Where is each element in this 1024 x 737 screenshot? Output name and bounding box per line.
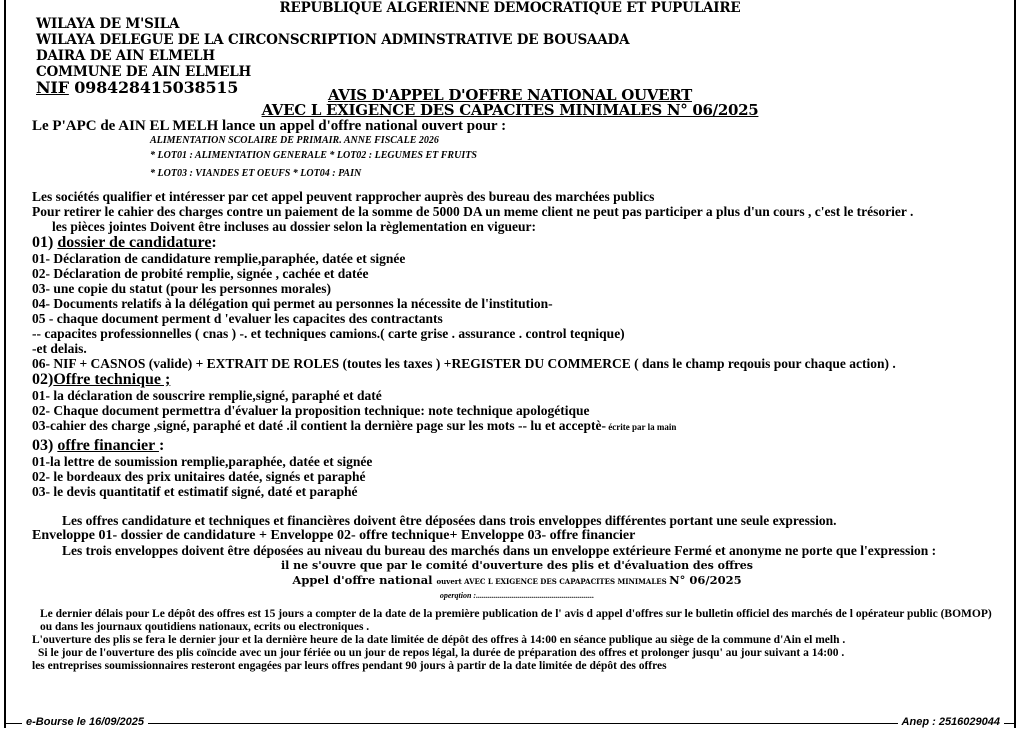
- list-item: 05 - chaque document perment d 'evaluer …: [32, 311, 1002, 326]
- list-item: 01-la lettre de soumission remplie,parap…: [32, 454, 1002, 469]
- list-item: 02- Déclaration de probité remplie, sign…: [32, 266, 1002, 281]
- section-title-financier: 03) offre financier :: [32, 437, 1002, 454]
- section-title-technique: 02)Offre technique ;: [32, 371, 1002, 388]
- paragraph-2: Pour retirer le cahier des charges contr…: [32, 204, 1002, 219]
- list-item: 01- Déclaration de candidature remplie,p…: [32, 251, 1002, 266]
- notice-title: AVIS D'APPEL D'OFFRE NATIONAL OUVERT AVE…: [6, 88, 1014, 118]
- list-item: 03-cahier des charge ,signé, paraphé et …: [32, 418, 1002, 435]
- list-item: 03- une copie du statut (pour les person…: [32, 281, 1002, 296]
- list-item: 02- le bordeaux des prix unitaires datée…: [32, 469, 1002, 484]
- wilaya-delegue-line: WILAYA DELEGUE DE LA CIRCONSCRIPTION ADM…: [36, 32, 629, 48]
- authority-header: WILAYA DE M'SILA WILAYA DELEGUE DE LA CI…: [36, 16, 629, 96]
- expression-line-1: il ne s'ouvre que par le comité d'ouvert…: [32, 558, 1002, 573]
- expression-line-2: Appel d'offre national ouvert AVEC L EXI…: [32, 573, 1002, 589]
- object-line: ALIMENTATION SCOLAIRE DE PRIMAIR. ANNE F…: [32, 135, 1002, 147]
- footer-source: e-Bourse le 16/09/2025: [22, 716, 148, 728]
- outer-envelope-paragraph: Les trois enveloppes doivent être déposé…: [32, 543, 1002, 558]
- wilaya-line: WILAYA DE M'SILA: [36, 16, 629, 32]
- notice-page: REPUBLIQUE ALGERIENNE DEMOCRATIQUE ET PU…: [4, 0, 1016, 728]
- republic-heading: REPUBLIQUE ALGERIENNE DEMOCRATIQUE ET PU…: [6, 0, 1014, 16]
- section-title-candidature: 01) dossier de candidature:: [32, 234, 1002, 251]
- envelopes-line: Enveloppe 01- dossier de candidature + E…: [32, 528, 1002, 543]
- lots-line-2: * LOT03 : VIANDES ET OEUFS * LOT04 : PAI…: [32, 165, 1002, 183]
- validity-paragraph: les entreprises soumissionnaires restero…: [32, 660, 1002, 673]
- operation-line: operqtion :.............................…: [32, 589, 1002, 602]
- paragraph-1: Les sociétés qualifier et intéresser par…: [32, 189, 1002, 204]
- list-item: 01- la déclaration de souscrire remplie,…: [32, 388, 1002, 403]
- paragraph-3: les pièces jointes Doivent être incluses…: [32, 219, 1002, 234]
- list-item: -et delais.: [32, 341, 1002, 356]
- holiday-paragraph: Si le jour de l'ouverture des plis coïnc…: [32, 647, 1002, 660]
- footer: e-Bourse le 16/09/2025 Anep : 2516029044: [4, 716, 1018, 730]
- lots-line-1: * LOT01 : ALIMENTATION GENERALE * LOT02 …: [32, 147, 1002, 165]
- deadline-paragraph: Le dernier délais pour Le dépôt des offr…: [32, 608, 1002, 634]
- list-item: 03- le devis quantitatif et estimatif si…: [32, 484, 1002, 499]
- title-line-2: AVEC L EXIGENCE DES CAPACITES MINIMALES …: [6, 103, 1014, 118]
- list-item: 06- NIF + CASNOS (valide) + EXTRAIT DE R…: [32, 356, 1002, 371]
- list-item: 04- Documents relatifs à la délégation q…: [32, 296, 1002, 311]
- opening-paragraph: L'ouverture des plis se fera le dernier …: [32, 634, 1002, 647]
- notice-body: Le P'APC de AIN EL MELH lance un appel d…: [32, 118, 1002, 673]
- list-item: -- capacites professionnelles ( cnas ) -…: [32, 326, 1002, 341]
- list-item: 02- Chaque document permettra d'évaluer …: [32, 403, 1002, 418]
- daira-line: DAIRA DE AIN ELMELH: [36, 48, 629, 64]
- intro-text: Le P'APC de AIN EL MELH lance un appel d…: [32, 118, 1002, 135]
- envelopes-paragraph: Les offres candidature et techniques et …: [32, 513, 1002, 528]
- footer-anep-ref: Anep : 2516029044: [898, 716, 1004, 728]
